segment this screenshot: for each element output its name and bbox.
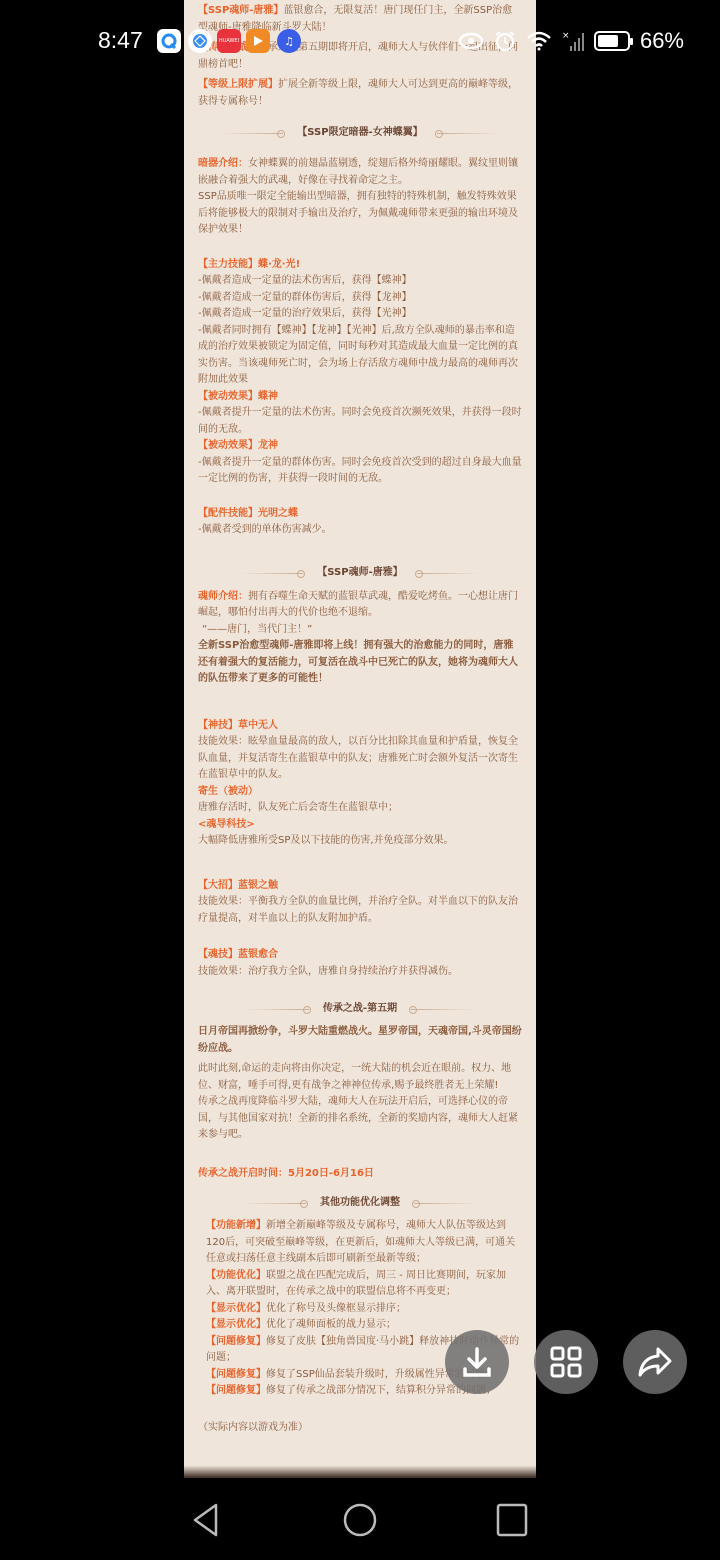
grid-icon <box>549 1345 583 1379</box>
system-status-icons: × 66% <box>458 28 684 54</box>
main-skill-line: -佩戴者造成一定量的治疗效果后，获得【光神】 <box>198 306 522 323</box>
globe-app-icon <box>188 29 212 53</box>
section-divider-weapon: 【SSP限定暗器-女神蝶翼】 <box>198 118 522 148</box>
passive2-tag: 【被动效果】龙神 <box>198 438 522 455</box>
signal-no-sim-icon: × <box>562 30 584 52</box>
weapon-desc: SSP品质唯一限定全能输出型暗器，拥有独特的特殊机制，触发特殊效果后将能够极大的… <box>198 189 522 239</box>
accessory-tag: 【配件技能】光明之蝶 <box>198 506 522 523</box>
huawei-store-icon: HUAWEI <box>217 29 241 53</box>
battle-time: 传承之战开启时间：5月20日-6月16日 <box>198 1166 522 1183</box>
divider-ornament <box>437 133 499 134</box>
divider-ornament <box>244 1203 306 1204</box>
battle-paragraph: 传承之战再度降临斗罗大陆，魂师大人在玩法开启后，可选择心仪的帝国，与其他国家对抗… <box>198 1094 522 1144</box>
main-skill-line: -佩戴者造成一定量的法术伤害后，获得【蝶神】 <box>198 273 522 290</box>
ultimate-text: 技能效果：平衡我方全队的血量比例，并治疗全队。对半血以下的队友治疗量提高，对半血… <box>198 894 522 927</box>
music-app-icon: ♫ <box>277 29 301 53</box>
battery-icon <box>594 31 630 51</box>
section-title: 【SSP魂师-唐雅】 <box>317 565 402 582</box>
hero-quote: “——唐门，当代门主！” <box>198 622 522 639</box>
divider-ornament <box>241 573 303 574</box>
update-item: 【功能新增】新增全新巅峰等级及专属称号，魂师大人队伍等级达到120后，可突破至巅… <box>198 1218 522 1268</box>
divider-ornament <box>414 1203 476 1204</box>
parasite-tag: 寄生（被动） <box>198 784 522 801</box>
download-icon <box>460 1345 494 1379</box>
phone-screen: 【SSP魂师-唐雅】蓝银愈合，无限复活！唐门现任门主，全新SSP治愈型魂师-唐雅… <box>0 0 720 1560</box>
browser-app-icon <box>157 29 181 53</box>
image-viewer[interactable]: 【SSP魂师-唐雅】蓝银愈合，无限复活！唐门现任门主，全新SSP治愈型魂师-唐雅… <box>184 0 536 1478</box>
passive2-text: -佩戴者提升一定量的群体伤害。同时会免疫首次受到的超过自身最大血量一定比例的伤害… <box>198 455 522 488</box>
navigation-bar <box>0 1478 720 1560</box>
section-divider-hero: 【SSP魂师-唐雅】 <box>198 559 522 589</box>
section-title: 传承之战-第五期 <box>323 1001 397 1018</box>
divider-ornament <box>247 1009 309 1010</box>
soul-skill-text: 技能效果：治疗我方全队，唐雅自身持续治疗并获得减伤。 <box>198 964 522 981</box>
main-skill-line: -佩戴者同时拥有【蝶神】【龙神】【光神】后,敌方全队魂师的暴击率和造成的治疗效果… <box>198 323 522 389</box>
intro-item-level: 【等级上限扩展】扩展全新等级上限，魂师大人可达到更高的巅峰等级，获得专属称号！ <box>198 77 522 110</box>
weapon-intro: 暗器介绍：女神蝶翼的前翅晶蓝剔透，绽翅后格外绮丽耀眼。翼纹里则镶嵌融合着强大的武… <box>198 156 522 189</box>
divider-ornament <box>411 1009 473 1010</box>
section-title: 其他功能优化调整 <box>320 1195 400 1212</box>
section-divider-other: 其他功能优化调整 <box>198 1188 522 1218</box>
update-item: 【功能优化】联盟之战在匹配完成后，周三 - 周日比赛期间，玩家加入、离开联盟时，… <box>198 1268 522 1301</box>
share-icon <box>636 1345 674 1379</box>
divider-ornament <box>221 133 283 134</box>
section-divider-battle: 传承之战-第五期 <box>198 994 522 1024</box>
hero-intro: 魂师介绍：拥有吞噬生命天赋的蓝银草武魂，酷爱吃烤鱼。一心想让唐门崛起，哪怕付出再… <box>198 589 522 622</box>
tech-tag: <魂导科技> <box>198 817 522 834</box>
battle-paragraph: 日月帝国再掀纷争，斗罗大陆重燃战火。星罗帝国，天魂帝国,斗灵帝国纷纷应战。 <box>198 1024 522 1057</box>
home-icon <box>342 1502 378 1538</box>
back-icon <box>191 1502 221 1538</box>
recents-button[interactable] <box>492 1500 532 1540</box>
ultimate-tag: 【大招】蓝银之触 <box>198 878 522 895</box>
home-button[interactable] <box>340 1500 380 1540</box>
god-skill-tag: 【神技】草中无人 <box>198 718 522 735</box>
footnote: （实际内容以游戏为准） <box>198 1420 522 1437</box>
alarm-icon <box>494 30 516 52</box>
back-button[interactable] <box>186 1500 226 1540</box>
clock: 8:47 <box>98 27 143 54</box>
main-skill-tag: 【主力技能】蝶·龙·光! <box>198 257 522 274</box>
accessory-text: -佩戴者受到的单体伤害减少。 <box>198 522 522 539</box>
recents-icon <box>496 1503 528 1537</box>
more-options-button[interactable] <box>534 1330 598 1394</box>
announcement-article: 【SSP魂师-唐雅】蓝银愈合，无限复活！唐门现任门主，全新SSP治愈型魂师-唐雅… <box>184 0 536 1436</box>
wifi-icon <box>526 30 552 52</box>
video-app-icon <box>246 29 270 53</box>
section-title: 【SSP限定暗器-女神蝶翼】 <box>297 125 422 142</box>
divider-ornament <box>417 573 479 574</box>
tech-text: 大幅降低唐雅所受SP及以下技能的伤害,并免疫部分效果。 <box>198 833 522 850</box>
hero-desc: 全新SSP治愈型魂师-唐雅即将上线！拥有强大的治愈能力的同时，唐雅还有着强大的复… <box>198 638 522 688</box>
main-skill-line: -佩戴者造成一定量的群体伤害后，获得【龙神】 <box>198 290 522 307</box>
update-item: 【显示优化】优化了称号及头像框显示排序； <box>198 1301 522 1318</box>
status-bar: 8:47 HUAWEI ♫ × 66% <box>0 22 720 62</box>
god-skill-text: 技能效果：眩晕血量最高的敌人，以百分比扣除其血量和护盾量，恢复全队血量，并复活寄… <box>198 734 522 784</box>
parasite-text: 唐雅存活时，队友死亡后会寄生在蓝银草中； <box>198 800 522 817</box>
soul-skill-tag: 【魂技】蓝银愈合 <box>198 947 522 964</box>
passive1-text: -佩戴者提升一定量的法术伤害。同时会免疫首次濒死效果，并获得一段时间的无敌。 <box>198 405 522 438</box>
passive1-tag: 【被动效果】蝶神 <box>198 389 522 406</box>
battery-percent: 66% <box>640 28 684 54</box>
download-button[interactable] <box>445 1330 509 1394</box>
eye-comfort-icon <box>458 31 484 51</box>
share-button[interactable] <box>623 1330 687 1394</box>
svg-text:×: × <box>562 31 570 41</box>
battle-paragraph: 此时此刻,命运的走向将由你决定，一统大陆的机会近在眼前。权力、地位、财富，唾手可… <box>198 1061 522 1094</box>
